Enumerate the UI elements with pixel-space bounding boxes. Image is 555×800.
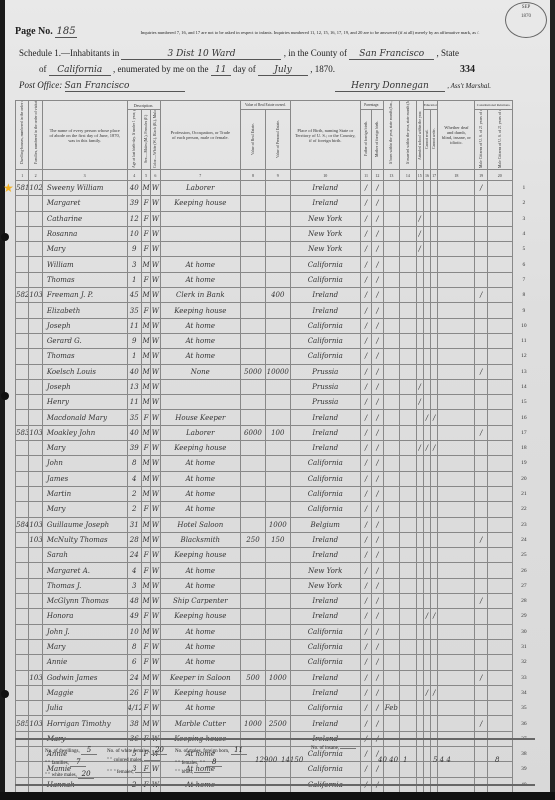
line-number: 19	[512, 456, 535, 471]
father-foreign: /	[360, 716, 371, 731]
occupation: At home	[160, 471, 241, 486]
table-row: 5811029Sweeny William40MWLaborerIreland/…	[16, 181, 536, 196]
cannot-write	[431, 395, 438, 410]
cannot-read	[423, 257, 430, 272]
cannot-write	[431, 670, 438, 685]
attended-school	[416, 578, 423, 593]
father-foreign: /	[360, 456, 371, 471]
mother-foreign: /	[372, 226, 383, 241]
census-table: Dwelling-houses, numbered in the order o…	[15, 100, 535, 793]
attended-school	[416, 624, 423, 639]
col-header-17: Cannot write.	[432, 110, 436, 168]
cannot-write	[431, 486, 438, 501]
vote-denied	[487, 303, 512, 318]
disability	[438, 594, 475, 609]
column-number: 15	[416, 170, 423, 181]
schedule-label: Schedule 1.—Inhabitants in	[19, 48, 119, 58]
attended-school	[416, 364, 423, 379]
occupation: At home	[160, 257, 241, 272]
dwelling-number	[16, 257, 29, 272]
color: W	[151, 578, 160, 593]
age: 38	[127, 716, 141, 731]
line-number: 9	[512, 303, 535, 318]
attended-school	[416, 701, 423, 716]
sex: M	[141, 517, 150, 532]
birthplace: Ireland	[290, 670, 360, 685]
sex: F	[141, 701, 150, 716]
sex: M	[141, 624, 150, 639]
attended-school	[416, 685, 423, 700]
attended-school	[416, 303, 423, 318]
table-row: William3MWAt homeCalifornia//6	[16, 257, 536, 272]
vote-denied	[487, 395, 512, 410]
age: 3	[127, 578, 141, 593]
column-number: 8	[241, 170, 266, 181]
mother-foreign: /	[372, 349, 383, 364]
father-foreign: /	[360, 226, 371, 241]
person-name: Mary	[42, 639, 127, 654]
personal-estate-value	[265, 502, 290, 517]
column-number: 5	[141, 170, 150, 181]
table-row: Joseph13MWPrussia///14	[16, 379, 536, 394]
disability	[438, 486, 475, 501]
cannot-write	[431, 242, 438, 257]
male-citizen	[475, 441, 487, 456]
birthplace: California	[290, 272, 360, 287]
color: W	[151, 211, 160, 226]
cannot-write	[431, 303, 438, 318]
married-in-year	[400, 517, 417, 532]
cannot-read	[423, 502, 430, 517]
disability	[438, 257, 475, 272]
male-citizen	[475, 211, 487, 226]
color: W	[151, 701, 160, 716]
age: 10	[127, 226, 141, 241]
total-personal-estate: 14150	[281, 756, 303, 764]
cannot-read	[423, 303, 430, 318]
line-number: 18	[512, 441, 535, 456]
birthplace: California	[290, 701, 360, 716]
born-in-year	[383, 333, 400, 348]
mother-foreign: /	[372, 685, 383, 700]
real-estate-value	[241, 594, 266, 609]
disability	[438, 349, 475, 364]
column-number: 6	[151, 170, 160, 181]
sex: M	[141, 395, 150, 410]
cannot-write	[431, 548, 438, 563]
personal-estate-value	[265, 349, 290, 364]
cannot-read	[423, 211, 430, 226]
male-citizen	[475, 685, 487, 700]
sex: M	[141, 257, 150, 272]
married-in-year	[400, 288, 417, 303]
male-citizen	[475, 272, 487, 287]
sex: M	[141, 456, 150, 471]
month-value: July	[258, 65, 308, 76]
birthplace: Ireland	[290, 425, 360, 440]
personal-estate-value	[265, 211, 290, 226]
vote-denied	[487, 349, 512, 364]
line-number: 2	[512, 196, 535, 211]
line-number: 36	[512, 716, 535, 731]
family-number	[29, 242, 42, 257]
sex: F	[141, 441, 150, 456]
married-in-year	[400, 456, 417, 471]
cannot-read	[423, 548, 430, 563]
occupation: Blacksmith	[160, 532, 241, 547]
foreign-females-label: " " females, " "	[175, 761, 205, 766]
table-row: 1034Godwin James24MWKeeper in Saloon5001…	[16, 670, 536, 685]
dwelling-number	[16, 456, 29, 471]
vote-denied	[487, 441, 512, 456]
sheet-number: 334	[460, 64, 475, 75]
occupation: At home	[160, 318, 241, 333]
cannot-write	[431, 181, 438, 196]
attended-school: /	[416, 395, 423, 410]
dwelling-number	[16, 226, 29, 241]
sex: M	[141, 578, 150, 593]
cannot-write	[431, 701, 438, 716]
col-header-13: If born within the year, state month (Ja…	[389, 106, 393, 164]
cannot-read	[423, 456, 430, 471]
born-in-year	[383, 456, 400, 471]
born-in-year	[383, 379, 400, 394]
blind-count	[194, 772, 210, 773]
person-name: James	[42, 471, 127, 486]
father-foreign: /	[360, 609, 371, 624]
line-number: 7	[512, 272, 535, 287]
father-foreign: /	[360, 395, 371, 410]
birthplace: Ireland	[290, 532, 360, 547]
cannot-read	[423, 349, 430, 364]
personal-estate-value: 100	[265, 425, 290, 440]
personal-estate-value	[265, 563, 290, 578]
father-foreign: /	[360, 410, 371, 425]
cannot-read	[423, 196, 430, 211]
table-row: James4MWAt homeCalifornia//20	[16, 471, 536, 486]
inquiry-note: Inquiries numbered 7, 16, and 17 are not…	[115, 30, 505, 36]
father-foreign: /	[360, 701, 371, 716]
page-number-line: Page No. 185	[15, 26, 77, 38]
personal-estate-value	[265, 624, 290, 639]
married-in-year	[400, 502, 417, 517]
occupation: House Keeper	[160, 410, 241, 425]
dwelling-number	[16, 349, 29, 364]
real-estate-value	[241, 701, 266, 716]
person-name: Sarah	[42, 548, 127, 563]
table-row: John8MWAt homeCalifornia//19	[16, 456, 536, 471]
attended-school	[416, 532, 423, 547]
married-in-year	[400, 181, 417, 196]
table-row: McGlynn Thomas48MWShip CarpenterIreland/…	[16, 594, 536, 609]
total-parentage: 40 40	[378, 756, 398, 764]
insane-count	[340, 748, 356, 749]
mother-foreign: /	[372, 486, 383, 501]
family-number	[29, 410, 42, 425]
color: W	[151, 425, 160, 440]
disability	[438, 181, 475, 196]
mother-foreign: /	[372, 364, 383, 379]
color: W	[151, 655, 160, 670]
dwelling-number	[16, 196, 29, 211]
born-in-year	[383, 303, 400, 318]
father-foreign: /	[360, 242, 371, 257]
cannot-read: /	[423, 685, 430, 700]
born-in-year	[383, 517, 400, 532]
color: W	[151, 395, 160, 410]
attended-school	[416, 502, 423, 517]
attended-school	[416, 349, 423, 364]
family-number	[29, 502, 42, 517]
marshal-line: Henry Donnegan , Ass't Marshal.	[335, 80, 491, 92]
color: W	[151, 181, 160, 196]
father-foreign: /	[360, 272, 371, 287]
dwelling-number	[16, 609, 29, 624]
line-number: 5	[512, 242, 535, 257]
cannot-write	[431, 655, 438, 670]
attended-school	[416, 196, 423, 211]
cannot-read	[423, 364, 430, 379]
disability	[438, 563, 475, 578]
age: 24	[127, 670, 141, 685]
sex: F	[141, 410, 150, 425]
age: 11	[127, 318, 141, 333]
disability	[438, 548, 475, 563]
col-header-5: Sex.—Males (M.), Females (F.)	[144, 110, 148, 168]
cannot-read: /	[423, 410, 430, 425]
color: W	[151, 502, 160, 517]
birthplace: California	[290, 624, 360, 639]
male-citizen	[475, 471, 487, 486]
person-name: Joseph	[42, 318, 127, 333]
color: W	[151, 257, 160, 272]
families-label: " " families,	[45, 761, 69, 766]
family-number: 1029	[29, 181, 42, 196]
vote-denied	[487, 517, 512, 532]
person-name: Honora	[42, 609, 127, 624]
sex: M	[141, 379, 150, 394]
mother-foreign: /	[372, 196, 383, 211]
disability	[438, 288, 475, 303]
male-citizen	[475, 410, 487, 425]
color: W	[151, 563, 160, 578]
male-citizen	[475, 655, 487, 670]
color: W	[151, 639, 160, 654]
sex: F	[141, 242, 150, 257]
born-in-year	[383, 655, 400, 670]
married-in-year	[400, 211, 417, 226]
married-in-year	[400, 532, 417, 547]
marshal-label: , Ass't Marshal.	[447, 82, 491, 90]
column-number: 10	[290, 170, 360, 181]
occupation: At home	[160, 655, 241, 670]
vote-denied	[487, 685, 512, 700]
disability	[438, 701, 475, 716]
cannot-write: /	[431, 685, 438, 700]
group-constitutional: Constitutional Relations.	[475, 101, 512, 110]
birthplace: New York	[290, 242, 360, 257]
color: W	[151, 685, 160, 700]
col-header-18: Whether deaf and dumb, blind, insane, or…	[438, 101, 475, 170]
family-number: 1032	[29, 517, 42, 532]
colored-females-label: " " " females,	[107, 770, 134, 775]
vote-denied	[487, 196, 512, 211]
attended-school	[416, 318, 423, 333]
line-number: 10	[512, 318, 535, 333]
dwelling-number	[16, 624, 29, 639]
county-label: , in the County of	[284, 48, 347, 58]
person-name: Elizabeth	[42, 303, 127, 318]
person-name: Godwin James	[42, 670, 127, 685]
occupation: At home	[160, 578, 241, 593]
dwelling-number	[16, 410, 29, 425]
group-description: Description.	[127, 101, 160, 110]
age: 39	[127, 196, 141, 211]
line-number: 11	[512, 333, 535, 348]
personal-estate-value: 10000	[265, 364, 290, 379]
post-office-label: Post Office:	[19, 80, 62, 90]
occupation	[160, 226, 241, 241]
cannot-read	[423, 395, 430, 410]
cannot-read	[423, 716, 430, 731]
line-number: 14	[512, 379, 535, 394]
line-number: 27	[512, 578, 535, 593]
dwelling-number	[16, 563, 29, 578]
table-row: Mary8FWAt homeCalifornia//31	[16, 639, 536, 654]
color: W	[151, 196, 160, 211]
born-in-year	[383, 670, 400, 685]
line-number: 22	[512, 502, 535, 517]
cannot-write	[431, 425, 438, 440]
personal-estate-value	[265, 226, 290, 241]
cannot-read	[423, 594, 430, 609]
cannot-read	[423, 701, 430, 716]
table-row: 5831031Moakley John40MWLaborer6000100Ire…	[16, 425, 536, 440]
vote-denied	[487, 701, 512, 716]
mother-foreign: /	[372, 670, 383, 685]
cannot-write	[431, 517, 438, 532]
male-citizen	[475, 609, 487, 624]
male-citizen: /	[475, 670, 487, 685]
color: W	[151, 548, 160, 563]
person-name: Mary	[42, 242, 127, 257]
vote-denied	[487, 563, 512, 578]
person-name: Margaret A.	[42, 563, 127, 578]
color: W	[151, 517, 160, 532]
table-row: Catharine12FWNew York///3	[16, 211, 536, 226]
family-number	[29, 471, 42, 486]
color: W	[151, 349, 160, 364]
real-estate-value	[241, 196, 266, 211]
married-in-year	[400, 701, 417, 716]
birthplace: Ireland	[290, 441, 360, 456]
real-estate-value	[241, 517, 266, 532]
personal-estate-value: 400	[265, 288, 290, 303]
family-number	[29, 318, 42, 333]
real-estate-value	[241, 441, 266, 456]
married-in-year	[400, 639, 417, 654]
age: 35	[127, 303, 141, 318]
county-value: San Francisco	[349, 49, 434, 60]
person-name: Rosanna	[42, 226, 127, 241]
personal-estate-value	[265, 242, 290, 257]
mother-foreign: /	[372, 716, 383, 731]
person-name: Maggie	[42, 685, 127, 700]
dwelling-number	[16, 333, 29, 348]
vote-denied	[487, 624, 512, 639]
disability	[438, 578, 475, 593]
personal-estate-value	[265, 486, 290, 501]
cannot-write	[431, 563, 438, 578]
age: 3	[127, 257, 141, 272]
family-number	[29, 594, 42, 609]
age: 6	[127, 655, 141, 670]
occupation	[160, 395, 241, 410]
cannot-write	[431, 349, 438, 364]
sex: M	[141, 349, 150, 364]
born-in-year	[383, 578, 400, 593]
cannot-read	[423, 578, 430, 593]
real-estate-value: 1000	[241, 716, 266, 731]
color: W	[151, 532, 160, 547]
father-foreign: /	[360, 257, 371, 272]
column-number: 17	[431, 170, 438, 181]
binding-hole	[1, 233, 9, 241]
married-in-year	[400, 685, 417, 700]
male-citizen	[475, 563, 487, 578]
dwelling-number: 581	[16, 181, 29, 196]
father-foreign: /	[360, 517, 371, 532]
occupation: Clerk in Bank	[160, 288, 241, 303]
sex: F	[141, 639, 150, 654]
mother-foreign: /	[372, 563, 383, 578]
born-in-year	[383, 226, 400, 241]
married-in-year	[400, 410, 417, 425]
person-name: John J.	[42, 624, 127, 639]
page-summary: No. of dwellings, 5 " " families, 7 " " …	[15, 738, 535, 786]
bookmark-star-icon[interactable]: ★	[3, 181, 14, 196]
colored-females-count	[135, 772, 151, 773]
married-in-year	[400, 609, 417, 624]
cannot-write	[431, 502, 438, 517]
birthplace: Belgium	[290, 517, 360, 532]
real-estate-value: 250	[241, 532, 266, 547]
age: 45	[127, 288, 141, 303]
married-in-year	[400, 257, 417, 272]
cannot-read	[423, 563, 430, 578]
table-row: Maggie26FWKeeping houseIreland////34	[16, 685, 536, 700]
line-number: 29	[512, 609, 535, 624]
color: W	[151, 716, 160, 731]
real-estate-value	[241, 272, 266, 287]
age: 2	[127, 486, 141, 501]
mother-foreign: /	[372, 456, 383, 471]
birthplace: Ireland	[290, 196, 360, 211]
father-foreign: /	[360, 471, 371, 486]
attended-school: /	[416, 211, 423, 226]
mother-foreign: /	[372, 594, 383, 609]
attended-school	[416, 517, 423, 532]
attended-school	[416, 563, 423, 578]
attended-school	[416, 609, 423, 624]
sex: M	[141, 333, 150, 348]
attended-school	[416, 594, 423, 609]
family-number	[29, 548, 42, 563]
sex: M	[141, 670, 150, 685]
born-in-year	[383, 441, 400, 456]
colored-males-count	[144, 760, 160, 761]
birthplace: New York	[290, 226, 360, 241]
